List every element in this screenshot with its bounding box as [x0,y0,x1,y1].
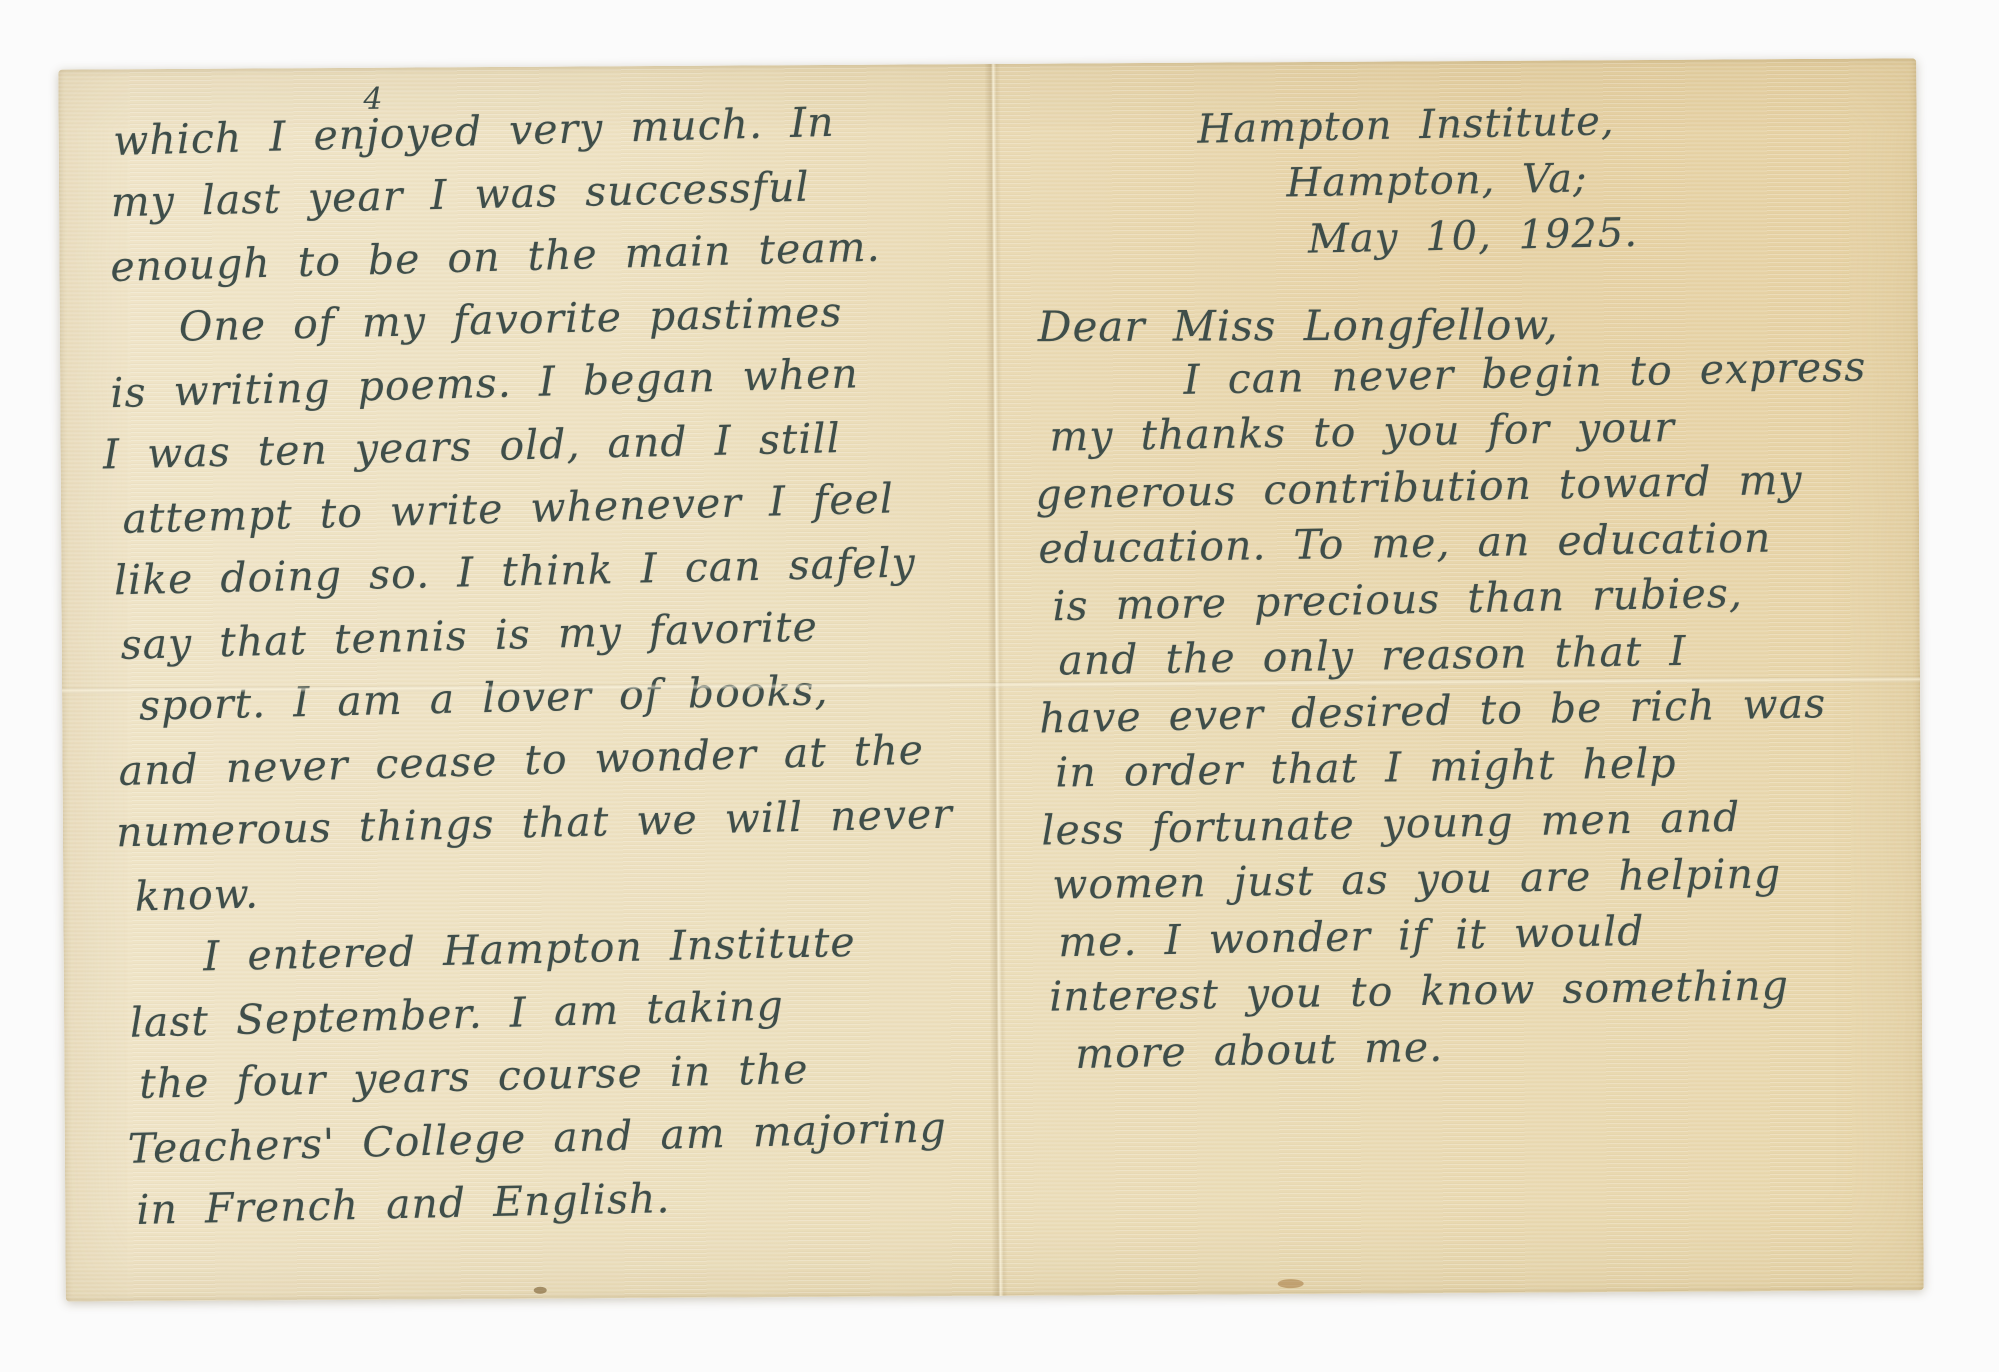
letter-page-right: Hampton Institute, Hampton, Va; May 10, … [991,58,1924,1296]
left-page-body: which I enjoyed very much. In my last ye… [98,89,962,1243]
heading-line-date: May 10, 1925. [1217,203,1728,269]
letter-page-left: 4 which I enjoyed very much. In my last … [58,64,999,1302]
letter-sheet: 4 which I enjoyed very much. In my last … [58,58,1923,1301]
heading-line-place: Hampton, Va; [1147,148,1728,213]
right-page-body: I can never begin to express my thanks t… [1033,339,1878,1081]
letter-heading: Hampton Institute, Hampton, Va; May 10, … [1085,92,1728,272]
